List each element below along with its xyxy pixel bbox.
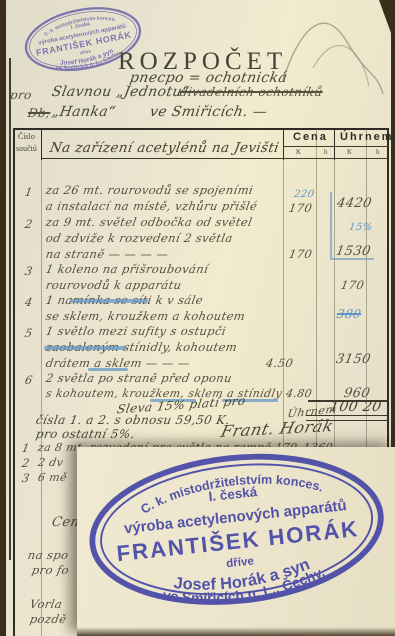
blue-bracket bbox=[330, 192, 374, 260]
row-total-struck: 380 bbox=[336, 307, 363, 321]
recipient2-place: ve Smiřicích. — bbox=[149, 104, 269, 120]
header-uhrnem: Úhrnem bbox=[340, 131, 394, 143]
partial-line: pro fo bbox=[31, 563, 70, 577]
header-sub-rule bbox=[283, 146, 389, 147]
row-text: od zdviže k rozvedení 2 světla bbox=[45, 231, 234, 245]
header-cislo: Číslo bbox=[18, 132, 35, 141]
extra-row-text: 2 dv bbox=[37, 456, 65, 469]
hdr-line-1 bbox=[41, 128, 42, 160]
partial-line: pozdě bbox=[29, 612, 68, 626]
header-cena-h: h bbox=[324, 148, 328, 156]
row-text: rourovodů k apparátu bbox=[45, 278, 183, 292]
recipient2-struck: Db, bbox=[27, 106, 52, 120]
blue-strike bbox=[44, 346, 126, 350]
partial-line: na spo bbox=[27, 548, 70, 562]
row-text: za 9 mt. světel odbočka od světel bbox=[45, 215, 254, 229]
header-souctu: součtů bbox=[16, 144, 37, 153]
recipient2-name: „Hanka“ bbox=[51, 104, 117, 120]
header-cena: Cena bbox=[293, 131, 328, 143]
blue-strike bbox=[70, 299, 148, 303]
hdr-line-3 bbox=[334, 128, 335, 160]
row-text: na straně — — — — bbox=[45, 247, 170, 261]
hdr-line-2 bbox=[283, 128, 284, 160]
grand-total: 100 20 bbox=[329, 399, 383, 415]
row-price: 4.50 bbox=[265, 356, 295, 370]
row-text: a instalací na místě, vzhůru přišlé bbox=[45, 199, 259, 213]
row-text: se sklem, kroužkem a kohoutem bbox=[45, 309, 247, 323]
stamp-line-5: dříve bbox=[80, 48, 92, 55]
row-price: 170 bbox=[288, 247, 314, 261]
header-uhrnem-k: K bbox=[347, 148, 352, 156]
recipient-prefix: pro bbox=[9, 88, 33, 102]
price-correction-blue: 220 bbox=[293, 189, 315, 200]
row-text: 1 světlo mezi sufity s ostupči bbox=[45, 324, 228, 338]
inset-shadow-edge bbox=[77, 627, 395, 636]
partial-line: Vorla bbox=[29, 597, 64, 611]
row-total: 170 bbox=[340, 278, 366, 292]
section-title: Na zařízení acetylénů na Jevišti bbox=[49, 140, 281, 156]
header-uhrnem-h: h bbox=[376, 148, 380, 156]
company-stamp-large: C. k. místodržitelstvím konces. I. česká… bbox=[77, 439, 395, 636]
stamp-inset-photo: C. k. místodržitelstvím konces. I. česká… bbox=[77, 447, 395, 636]
document-scan: C. k. místodržitelstvím konces. I. česká… bbox=[0, 0, 395, 636]
stamp-line-5: dříve bbox=[226, 555, 255, 570]
extra-row-text: 6 mě bbox=[37, 471, 68, 484]
recipient-main: Slavnou „Jednotu“ bbox=[51, 84, 191, 100]
table-border-left bbox=[13, 128, 15, 636]
table-border-top bbox=[13, 128, 389, 130]
binding-margin-line bbox=[9, 58, 11, 560]
row-text: za 26 mt. rourovodů se spojeními bbox=[45, 183, 255, 197]
discount-note-2: čísla 1. a 2. s obnosu 59,50 K. bbox=[35, 413, 231, 427]
row-total: 3150 bbox=[335, 352, 372, 367]
row-text: 2 světla po straně před oponu bbox=[45, 371, 233, 385]
row-text: 1 koleno na přišroubování bbox=[45, 262, 210, 276]
row-price: 170 bbox=[288, 201, 314, 215]
recipient-struck: divadelních ochotníků bbox=[179, 85, 324, 99]
header-bottom-rule bbox=[42, 158, 388, 159]
discount-note-3: pro ostatní 5%. bbox=[35, 427, 136, 441]
header-cena-k: K bbox=[296, 148, 301, 156]
